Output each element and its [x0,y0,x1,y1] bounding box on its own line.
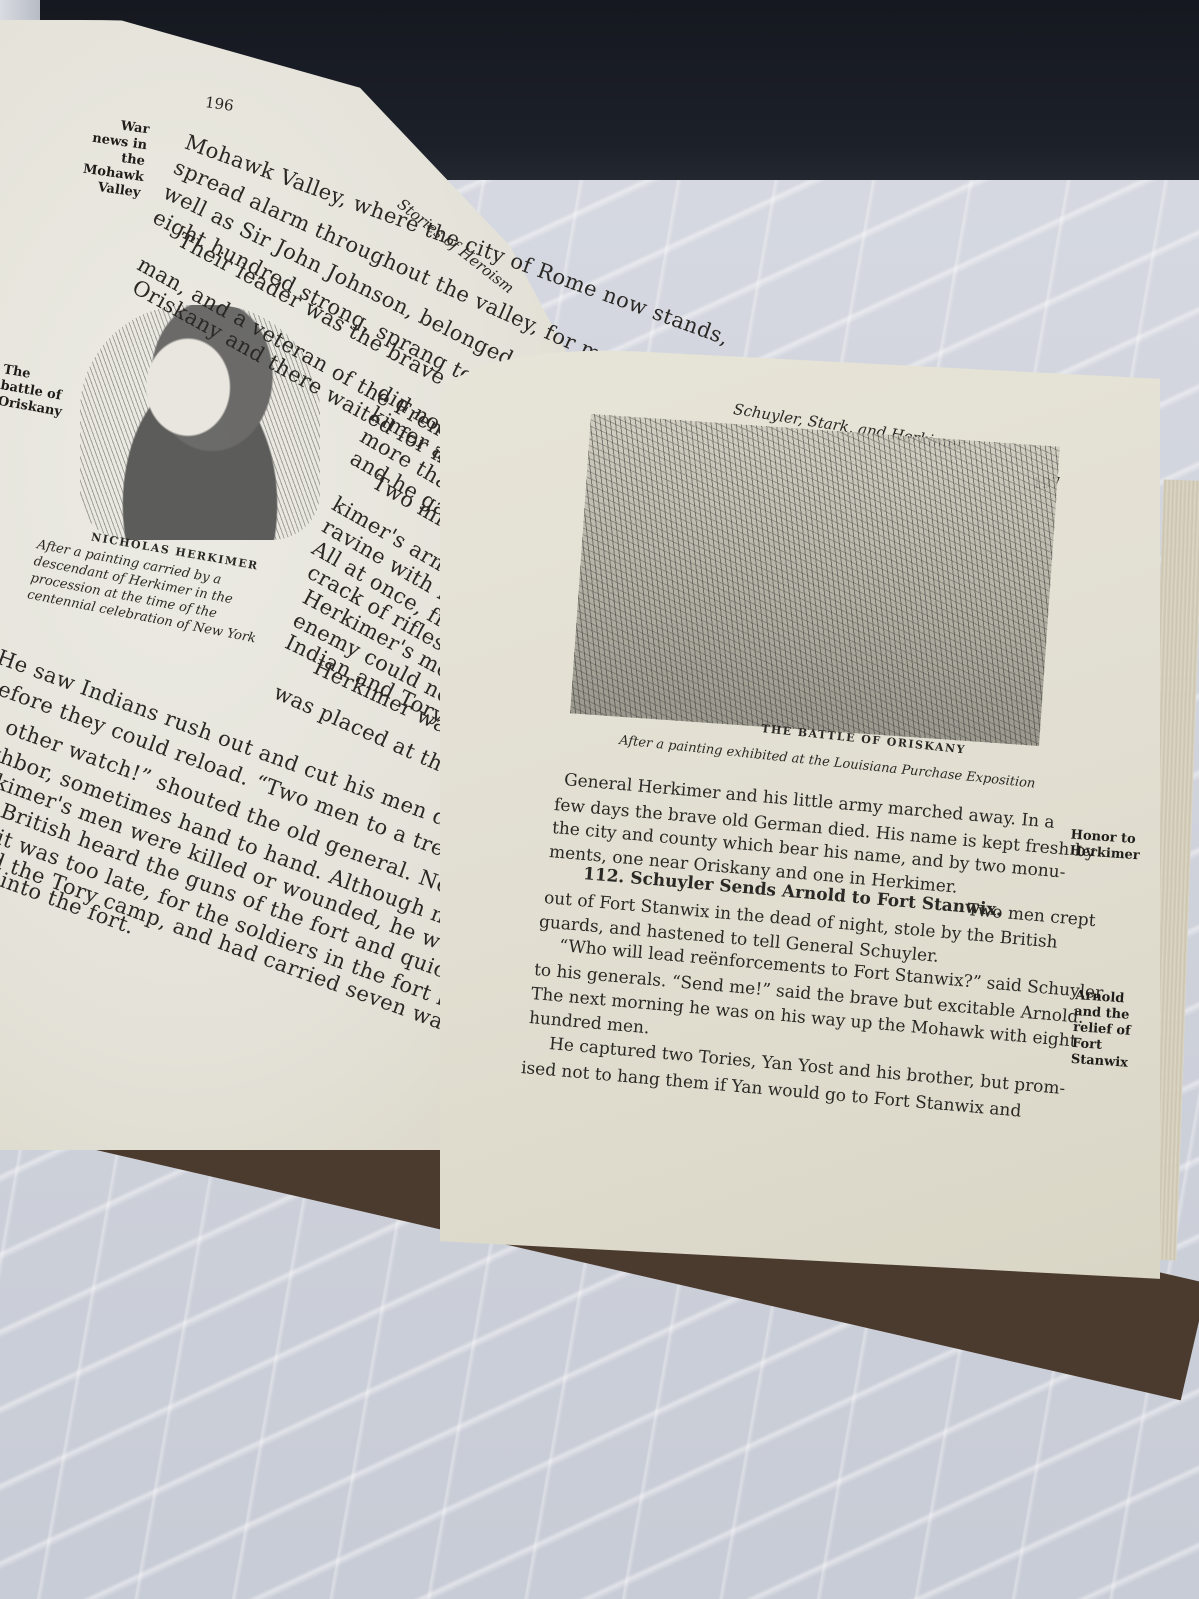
section-number: 112. [582,864,625,888]
battle-of-oriskany-engraving [570,414,1060,746]
sidenote-war-news: War news in the Mohawk Valley [80,114,151,202]
sidenote-arnold-relief: Arnold and the relief of Fort Stanwix [1070,988,1135,1072]
sidenote-honor-to-herkimer: Honor to Herkimer [1069,828,1143,865]
left-page-number: 196 [204,93,235,115]
